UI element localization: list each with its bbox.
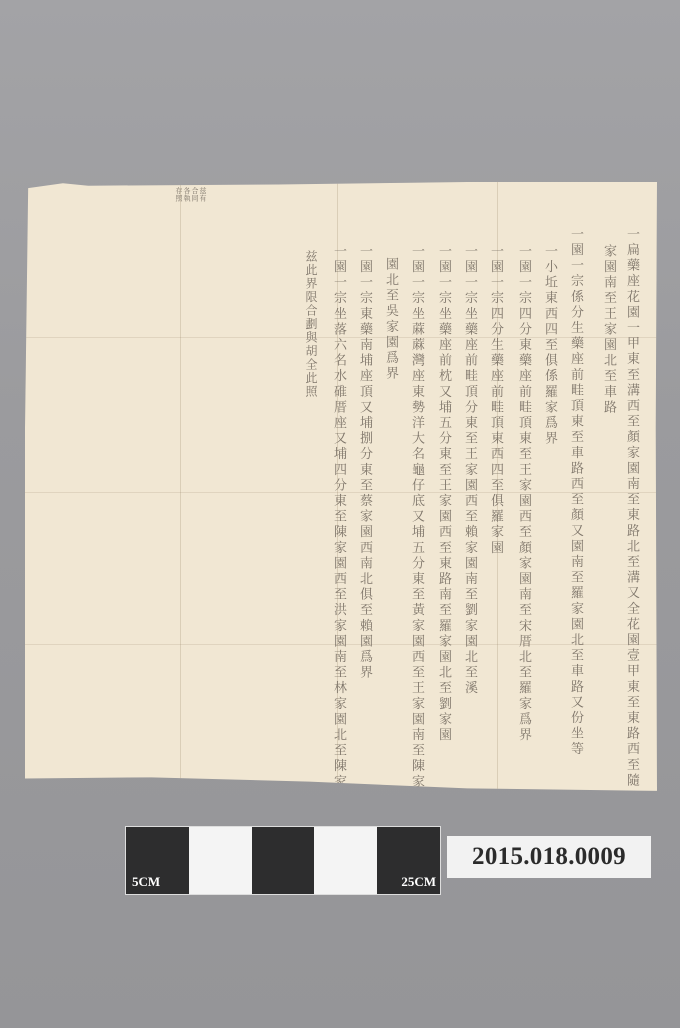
accession-number-label: 2015.018.0009 [447,836,651,878]
text-column: 園北至吳家園爲界 [382,257,398,382]
text-column: 一園一宗四分生藥座前畦頂東西四至俱羅家園 [487,244,503,556]
text-column: 兹此界限合劃與胡全此照 [303,250,319,399]
text-column: 一園一宗東藥南埔座頂又埔捌分東至蔡家園西南北俱至賴園爲界 [356,244,372,681]
text-column: 一園一宗係分生藥座前畦頂東至車路西至顏又園南至羅家園北至車路又份坐等 [567,227,583,757]
scale-left-label: 5CM [132,874,160,890]
color-scale-bar: 5CM 25CM [125,826,441,895]
scale-segment: 5CM [126,827,189,894]
scale-segment [252,827,315,894]
scale-segment [314,827,377,894]
text-column: 一園一宗坐蔴蔴灣座東勢洋大名龜仔底又埔五分東至黃家園西至王家園南至陳家 [408,244,424,790]
text-column: 一園一宗坐藥座前枕又埔五分東至王家園西至東路南至羅家園北至劉家園 [435,244,451,743]
scale-right-label: 25CM [401,874,436,890]
fold-line [180,182,181,797]
scale-segment [189,827,252,894]
text-column: 一園一宗坐藥座前畦頂分東至王家園西至賴家園南至劉家園北至溪 [461,244,477,696]
scale-segment: 25CM [377,827,440,894]
document-paper: 兹有 合同 各執 存照 一扁藥座花園一甲東至溝西至顏家園南至東路北至溝又全花園壹… [25,182,657,797]
text-column: 一小坵東西四至俱係羅家爲界 [541,244,557,447]
text-column: 一園一宗坐落六名水碓厝座又埔四分東至陳家園西至洪家園南至林家園北至陳家園爲界 [330,244,346,837]
margin-note: 兹有 合同 各執 存照 [175,187,207,202]
text-column: 一扁藥座花園一甲東至溝西至顏家園南至東路北至溝又全花園壹甲東至東路西至隨 [623,227,639,789]
text-column: 家園南至王家園北至車路 [600,244,616,416]
text-column: 一園一宗四分東藥座前畦頂東至王家園西至顏家園南至宋厝北至羅家爲界 [515,244,531,743]
